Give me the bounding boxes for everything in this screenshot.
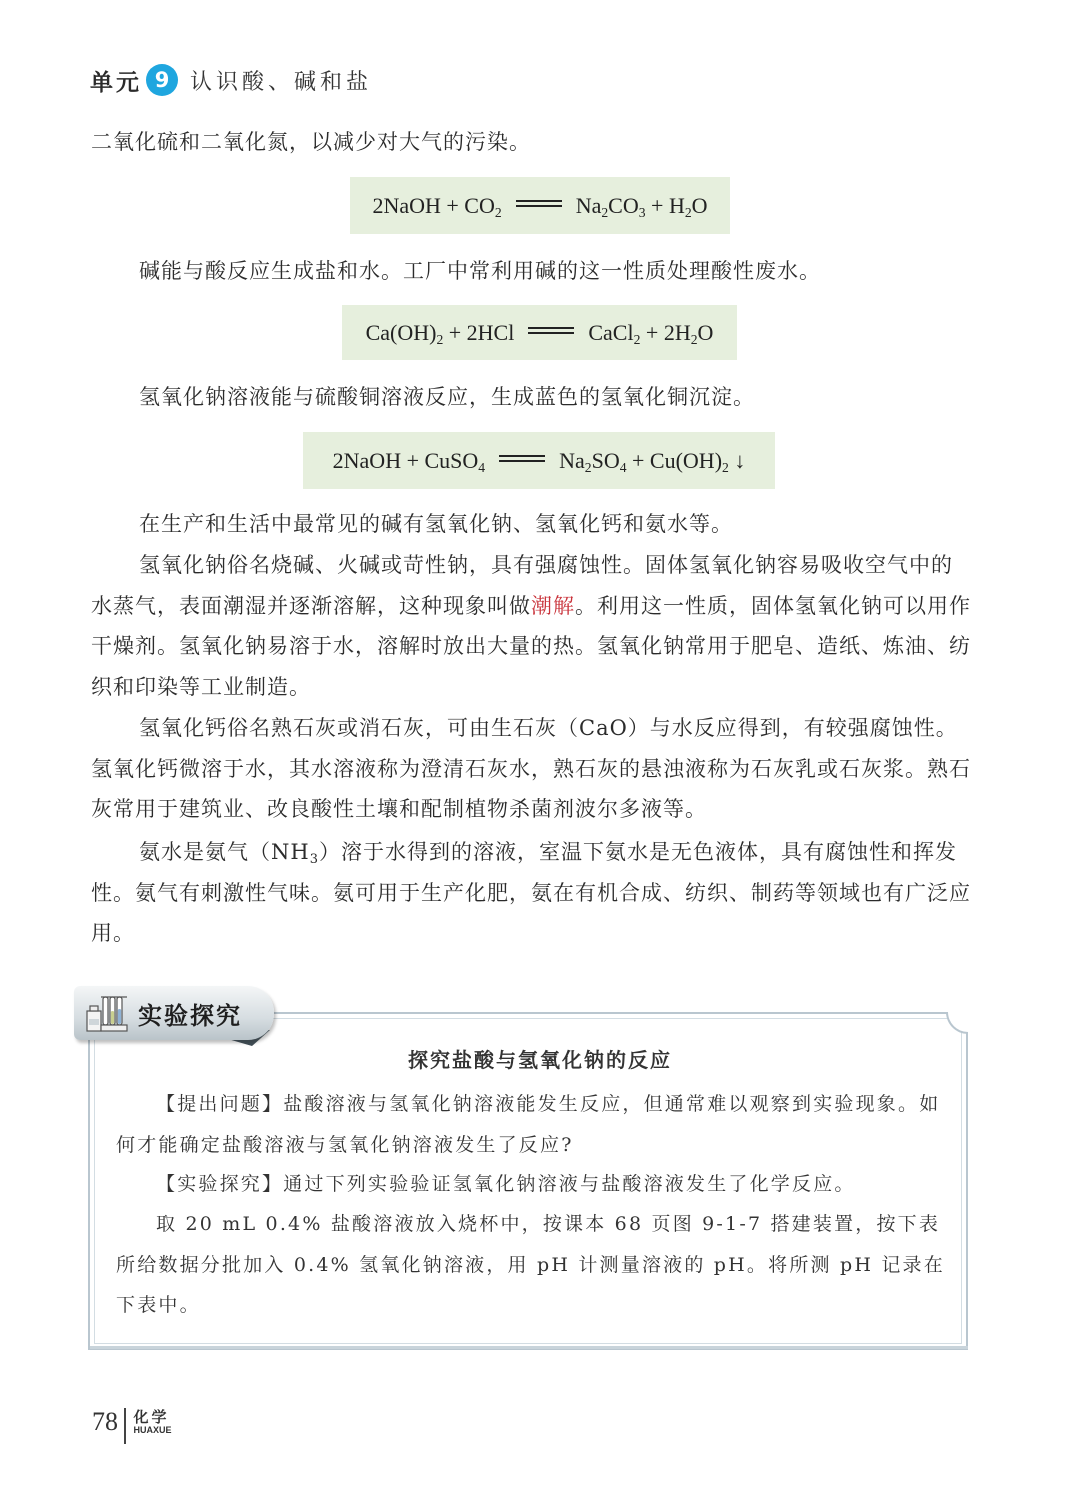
experiment-frame-shadow — [90, 1346, 968, 1349]
unit-label: 单元 — [90, 64, 142, 97]
paragraph-caoh2: 氢氧化钙俗名熟石灰或消石灰，可由生石灰（CaO）与水反应得到，有较强腐蚀性。氢氧… — [91, 708, 971, 830]
experiment-question: 【提出问题】盐酸溶液与氢氧化钠溶液能发生反应，但通常难以观察到实验现象。如何才能… — [116, 1084, 948, 1165]
paragraph-common-bases: 在生产和生活中最常见的碱有氢氧化钠、氢氧化钙和氨水等。 — [91, 504, 971, 545]
equation-reactants: 2NaOH + CO2 — [372, 193, 501, 219]
footer-subject-block: 化学 HUAXUE — [134, 1409, 172, 1436]
equals-sign-icon — [528, 327, 574, 334]
question-label: 【提出问题】 — [156, 1093, 283, 1115]
term-deliquescence: 潮解 — [531, 594, 575, 618]
unit-header: 单元 9 认识酸、碱和盐 — [90, 62, 372, 98]
equation-products: CaCl2 + 2H2O — [588, 320, 713, 346]
inquiry-label: 【实验探究】 — [156, 1173, 283, 1195]
inquiry-text: 通过下列实验验证氢氧化钠溶液与盐酸溶液发生了化学反应。 — [283, 1173, 855, 1195]
ammonia-text-a: 氨水是氨气（NH — [139, 840, 310, 864]
paragraph-naoh: 氢氧化钠俗名烧碱、火碱或苛性钠，具有强腐蚀性。固体氢氧化钠容易吸收空气中的水蒸气… — [91, 545, 971, 707]
footer-subject: 化学 — [134, 1409, 172, 1425]
experiment-tab-label: 实验探究 — [138, 996, 242, 1031]
ammonia-subscript: 3 — [310, 852, 319, 867]
unit-number-badge: 9 — [146, 64, 178, 96]
test-tubes-icon — [86, 993, 130, 1033]
equation-reactants: Ca(OH)2 + 2HCl — [366, 320, 515, 346]
experiment-tab: 实验探究 — [74, 986, 274, 1040]
experiment-procedure: 取 20 mL 0.4% 盐酸溶液放入烧杯中，按课本 68 页图 9-1-7 搭… — [116, 1204, 948, 1326]
paragraph-base-acid: 碱能与酸反应生成盐和水。工厂中常利用碱的这一性质处理酸性废水。 — [91, 251, 971, 292]
unit-title: 认识酸、碱和盐 — [190, 65, 372, 96]
equals-sign-icon — [516, 200, 562, 207]
equation-products: Na2CO3 + H2O — [576, 193, 708, 219]
paragraph-continuation: 二氧化硫和二氧化氮，以减少对大气的污染。 — [91, 122, 971, 163]
footer-subject-pinyin: HUAXUE — [134, 1425, 172, 1436]
equation-caoh2-hcl: Ca(OH)2 + 2HClCaCl2 + 2H2O — [342, 305, 737, 360]
equation-naoh-co2: 2NaOH + CO2Na2CO3 + H2O — [350, 177, 730, 234]
page-number: 78 — [92, 1407, 118, 1437]
experiment-inquiry: 【实验探究】通过下列实验验证氢氧化钠溶液与盐酸溶液发生了化学反应。 — [116, 1164, 948, 1205]
experiment-title: 探究盐酸与氢氧化钠的反应 — [0, 1044, 1080, 1073]
equation-naoh-cuso4: 2NaOH + CuSO4Na2SO4 + Cu(OH)2 ↓ — [303, 432, 775, 489]
paragraph-ammonia: 氨水是氨气（NH3）溶于水得到的溶液，室温下氨水是无色液体，具有腐蚀性和挥发性。… — [91, 832, 971, 954]
paragraph-naoh-cuso4: 氢氧化钠溶液能与硫酸铜溶液反应，生成蓝色的氢氧化铜沉淀。 — [91, 377, 971, 418]
footer-divider — [124, 1408, 126, 1444]
equals-sign-icon — [499, 455, 545, 462]
page-footer: 78 化学 HUAXUE — [92, 1404, 172, 1440]
equation-products: Na2SO4 + Cu(OH)2 ↓ — [559, 448, 745, 474]
equation-reactants: 2NaOH + CuSO4 — [333, 448, 485, 474]
